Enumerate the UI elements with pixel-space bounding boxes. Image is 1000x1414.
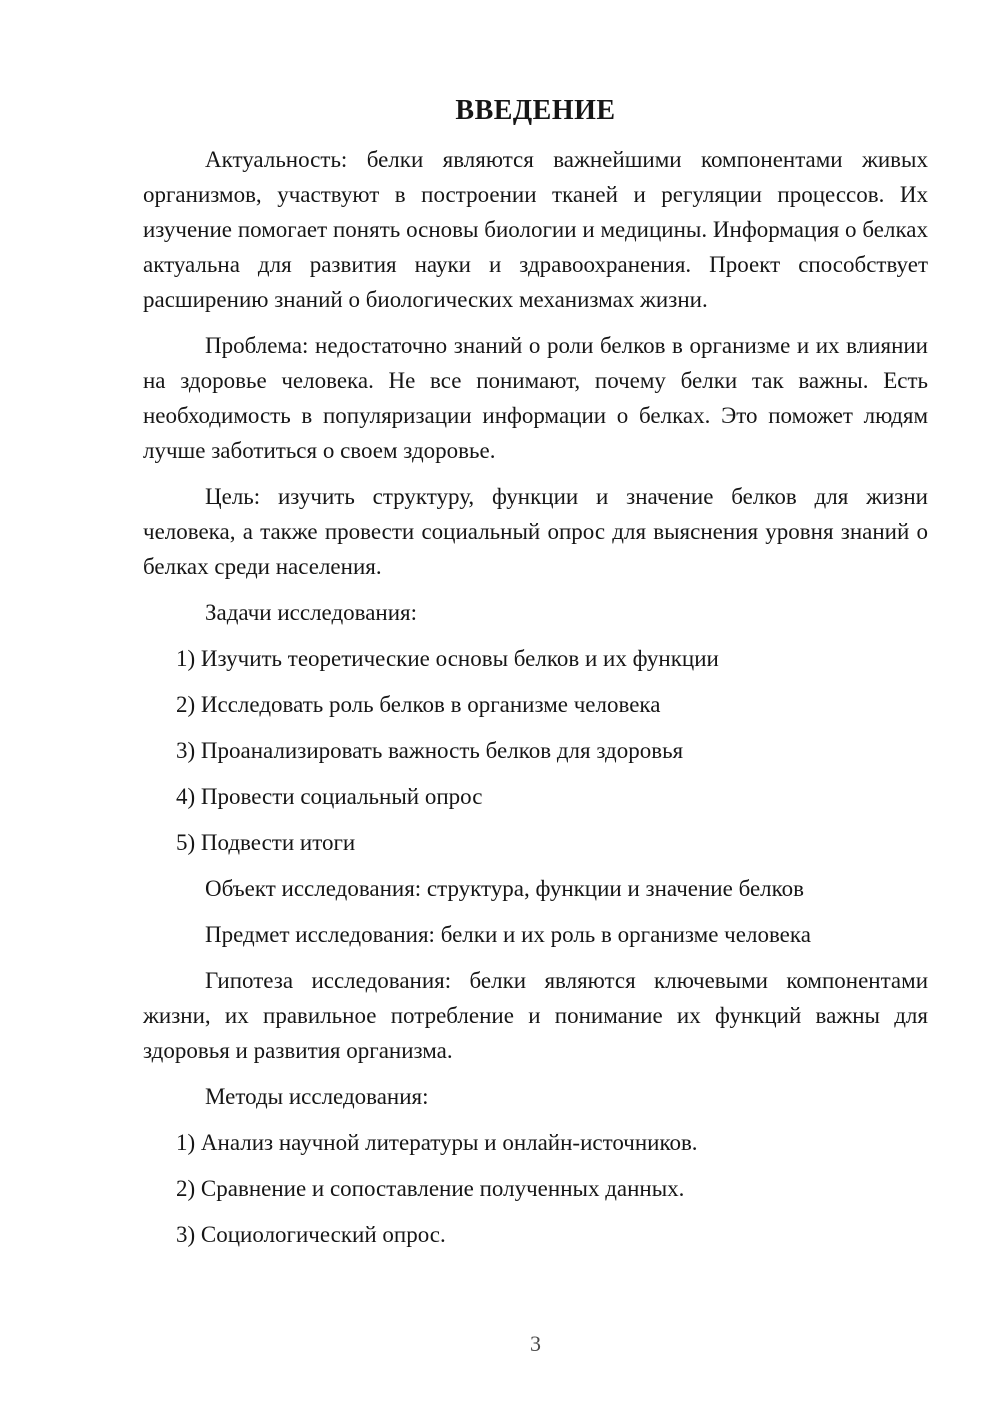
task-list-item-3: 3) Проанализировать важность белков для … bbox=[143, 733, 928, 768]
paragraph-problem: Проблема: недостаточно знаний о роли бел… bbox=[143, 328, 928, 468]
method-list-item-3: 3) Социологический опрос. bbox=[143, 1217, 928, 1252]
paragraph-tasks-label: Задачи исследования: bbox=[143, 595, 928, 630]
task-list-item-5: 5) Подвести итоги bbox=[143, 825, 928, 860]
method-list-item-1: 1) Анализ научной литературы и онлайн-ис… bbox=[143, 1125, 928, 1160]
task-list-item-1: 1) Изучить теоретические основы белков и… bbox=[143, 641, 928, 676]
task-list-item-4: 4) Провести социальный опрос bbox=[143, 779, 928, 814]
paragraph-hypothesis: Гипотеза исследования: белки являются кл… bbox=[143, 963, 928, 1068]
document-page: ВВЕДЕНИЕ Актуальность: белки являются ва… bbox=[0, 0, 1000, 1414]
paragraph-methods-label: Методы исследования: bbox=[143, 1079, 928, 1114]
paragraph-subject: Предмет исследования: белки и их роль в … bbox=[143, 917, 928, 952]
paragraph-relevance: Актуальность: белки являются важнейшими … bbox=[143, 142, 928, 317]
paragraph-goal: Цель: изучить структуру, функции и значе… bbox=[143, 479, 928, 584]
page-number: 3 bbox=[143, 1329, 928, 1359]
paragraph-object: Объект исследования: структура, функции … bbox=[143, 871, 928, 906]
page-title: ВВЕДЕНИЕ bbox=[143, 96, 928, 126]
task-list-item-2: 2) Исследовать роль белков в организме ч… bbox=[143, 687, 928, 722]
method-list-item-2: 2) Сравнение и сопоставление полученных … bbox=[143, 1171, 928, 1206]
